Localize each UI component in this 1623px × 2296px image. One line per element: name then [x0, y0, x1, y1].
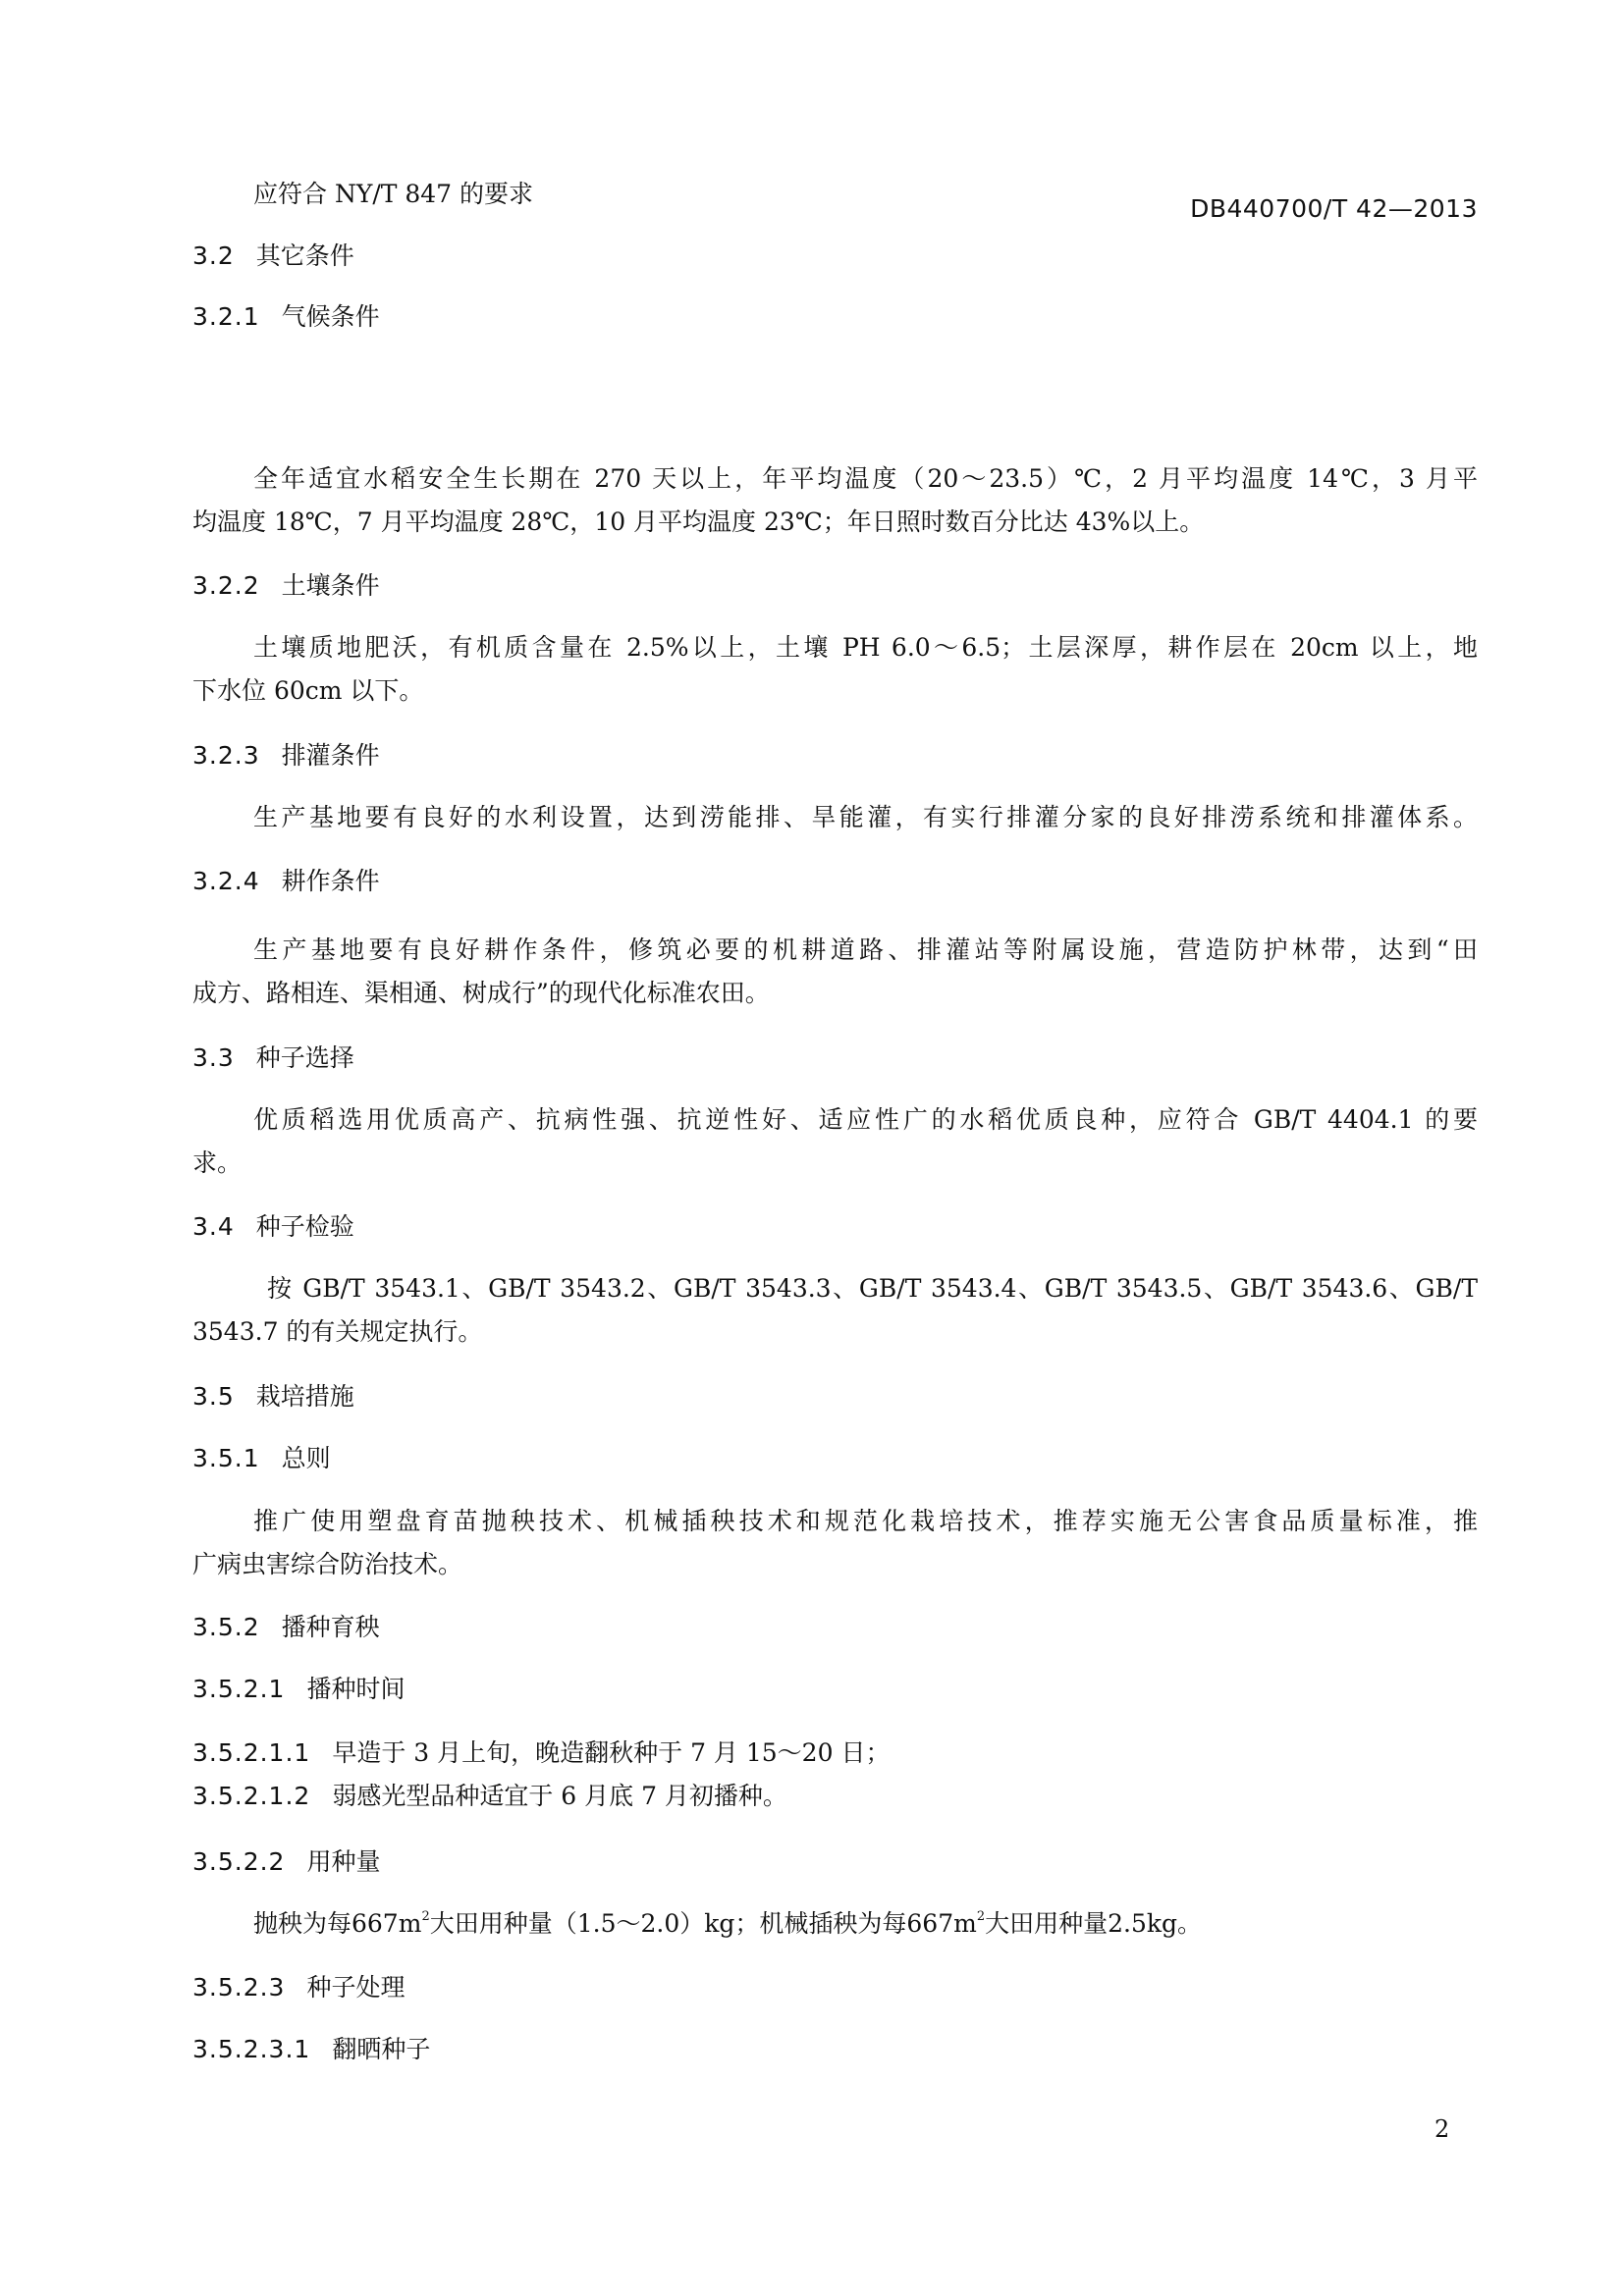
- document-page: DB440700/T 42—2013 应符合 NY/T 847 的要求 3.2其…: [0, 0, 1623, 2296]
- section-title: 排灌条件: [282, 741, 380, 770]
- paragraph-seed-selection-line1: 优质稻选用优质高产、抗病性强、抗逆性好、适应性广的水稻优质良种，应符合 GB/T…: [253, 1100, 1478, 1136]
- heading-3-2-3: 3.2.3排灌条件: [192, 736, 380, 772]
- heading-3-5: 3.5栽培措施: [192, 1377, 354, 1413]
- section-title: 种子处理: [306, 1973, 405, 2002]
- section-number: 3.2.4: [192, 867, 260, 895]
- section-number: 3.2.2: [192, 571, 260, 600]
- paragraph-irrigation: 生产基地要有良好的水利设置，达到涝能排、旱能灌，有实行排灌分家的良好排涝系统和排…: [253, 798, 1478, 833]
- section-title: 土壤条件: [282, 571, 380, 600]
- section-number: 3.5.2.2: [192, 1847, 285, 1876]
- superscript: 2: [977, 1909, 985, 1924]
- item-3-5-2-1-2: 3.5.2.1.2弱感光型品种适宜于 6 月底 7 月初播种。: [192, 1777, 787, 1812]
- section-title: 播种育秧: [282, 1613, 380, 1641]
- section-title: 其它条件: [256, 241, 354, 270]
- heading-3-2-1: 3.2.1气候条件: [192, 297, 380, 333]
- heading-3-2: 3.2其它条件: [192, 237, 354, 272]
- superscript: 2: [421, 1909, 429, 1924]
- section-title: 栽培措施: [256, 1382, 354, 1411]
- paragraph-climate-line2: 均温度 18℃，7 月平均温度 28℃，10 月平均温度 23℃；年日照时数百分…: [192, 503, 1204, 538]
- paragraph-general-line2: 广病虫害综合防治技术。: [192, 1545, 462, 1580]
- paragraph-soil-line1: 土壤质地肥沃，有机质含量在 2.5%以上，土壤 PH 6.0～6.5；土层深厚，…: [253, 628, 1478, 664]
- paragraph-general-line1: 推广使用塑盘育苗抛秧技术、机械插秧技术和规范化栽培技术，推荐实施无公害食品质量标…: [253, 1502, 1478, 1537]
- paragraph-tillage-line2: 成方、路相连、渠相通、树成行”的现代化标准农田。: [192, 974, 770, 1009]
- paragraph-seeding-rate: 抛秧为每667m2大田用种量（1.5～2.0）kg；机械插秧为每667m2大田用…: [253, 1904, 1202, 1940]
- seeding-rate-part-b: 大田用种量（1.5～2.0）kg；机械插秧为每667m: [430, 1909, 977, 1938]
- item-3-5-2-1-1: 3.5.2.1.1早造于 3 月上旬，晚造翻秋种于 7 月 15～20 日；: [192, 1734, 890, 1769]
- section-title: 翻晒种子: [332, 2035, 430, 2063]
- document-code: DB440700/T 42—2013: [1190, 194, 1478, 223]
- paragraph-seed-test-line1: 按 GB/T 3543.1、GB/T 3543.2、GB/T 3543.3、GB…: [267, 1269, 1478, 1305]
- seeding-rate-part-a: 抛秧为每667m: [253, 1909, 421, 1938]
- heading-3-5-2: 3.5.2播种育秧: [192, 1608, 380, 1643]
- section-title: 用种量: [306, 1847, 380, 1876]
- item-number: 3.5.2.1.2: [192, 1782, 310, 1810]
- seeding-rate-part-c: 大田用种量2.5kg。: [985, 1909, 1202, 1938]
- section-title: 播种时间: [306, 1675, 405, 1703]
- section-number: 3.5.2: [192, 1613, 260, 1641]
- section-number: 3.5.2.3.1: [192, 2035, 310, 2063]
- section-number: 3.5.1: [192, 1444, 260, 1472]
- heading-3-4: 3.4种子检验: [192, 1207, 354, 1243]
- heading-3-3: 3.3种子选择: [192, 1039, 354, 1074]
- section-title: 种子选择: [256, 1043, 354, 1072]
- paragraph-soil-line2: 下水位 60cm 以下。: [192, 671, 423, 707]
- item-text: 早造于 3 月上旬，晚造翻秋种于 7 月 15～20 日；: [332, 1738, 890, 1767]
- paragraph-seed-test-line2: 3543.7 的有关规定执行。: [192, 1312, 482, 1348]
- item-number: 3.5.2.1.1: [192, 1738, 310, 1767]
- section-number: 3.5.2.3: [192, 1973, 285, 2002]
- item-text: 弱感光型品种适宜于 6 月底 7 月初播种。: [332, 1782, 787, 1810]
- section-number: 3.2.1: [192, 302, 260, 331]
- section-number: 3.5.2.1: [192, 1675, 285, 1703]
- section-title: 种子检验: [256, 1212, 354, 1241]
- section-number: 3.3: [192, 1043, 235, 1072]
- heading-3-5-2-2: 3.5.2.2用种量: [192, 1842, 380, 1878]
- section-number: 3.2: [192, 241, 235, 270]
- section-title: 气候条件: [282, 302, 380, 331]
- paragraph-tillage-line1: 生产基地要有良好耕作条件，修筑必要的机耕道路、排灌站等附属设施，营造防护林带，达…: [253, 931, 1478, 966]
- heading-3-5-2-3: 3.5.2.3种子处理: [192, 1968, 405, 2003]
- section-number: 3.4: [192, 1212, 235, 1241]
- heading-3-5-1: 3.5.1总则: [192, 1439, 331, 1474]
- heading-3-5-2-1: 3.5.2.1播种时间: [192, 1670, 405, 1705]
- paragraph-ny-t-847: 应符合 NY/T 847 的要求: [253, 175, 533, 210]
- heading-3-2-2: 3.2.2土壤条件: [192, 566, 380, 602]
- page-number: 2: [1434, 2115, 1449, 2143]
- heading-3-2-4: 3.2.4耕作条件: [192, 862, 380, 897]
- paragraph-climate-line1: 全年适宜水稻安全生长期在 270 天以上，年平均温度（20～23.5）℃，2 月…: [253, 459, 1478, 495]
- section-number: 3.5: [192, 1382, 235, 1411]
- section-title: 总则: [282, 1444, 331, 1472]
- section-title: 耕作条件: [282, 867, 380, 895]
- heading-3-5-2-3-1: 3.5.2.3.1翻晒种子: [192, 2030, 430, 2065]
- section-number: 3.2.3: [192, 741, 260, 770]
- paragraph-seed-selection-line2: 求。: [192, 1144, 242, 1179]
